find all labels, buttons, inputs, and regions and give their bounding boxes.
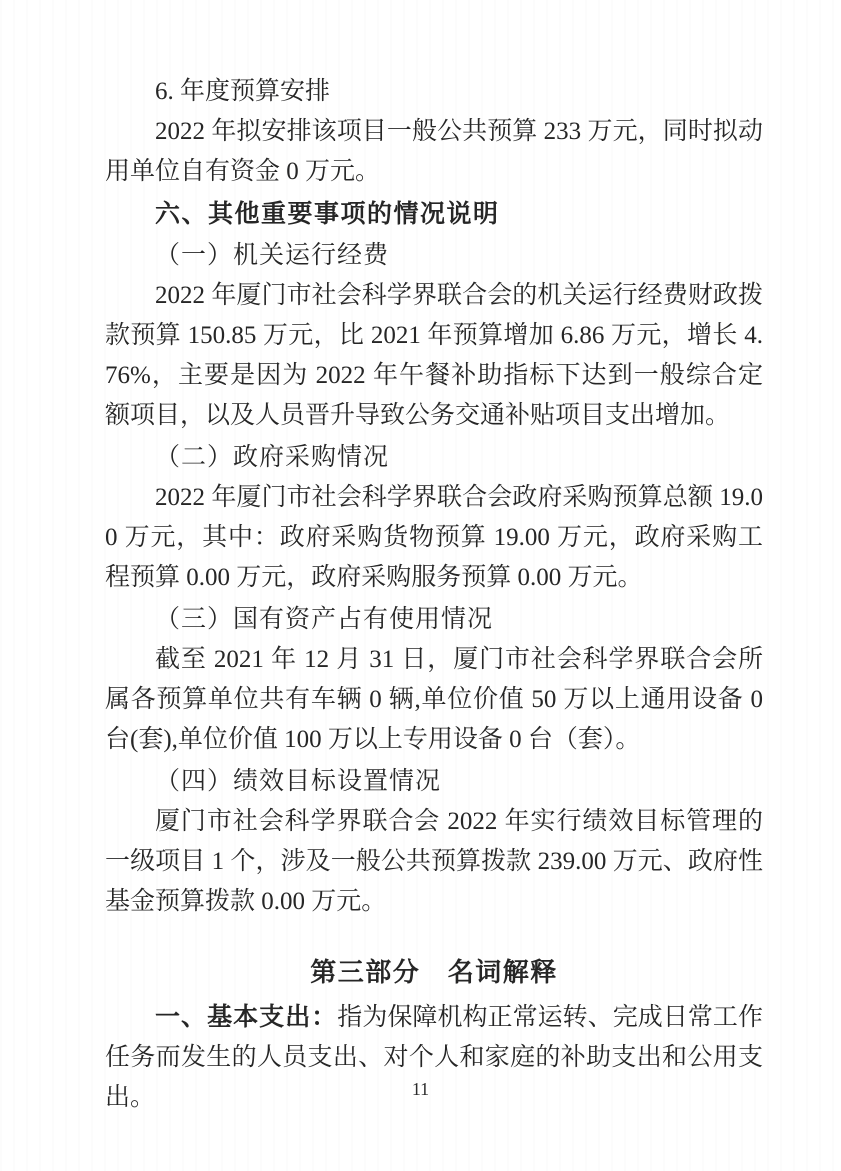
section-6-heading: 六、其他重要事项的情况说明 bbox=[105, 194, 763, 234]
document-body: 6. 年度预算安排2022 年拟安排该项目一般公共预算 233 万元，同时拟动用… bbox=[105, 72, 763, 1118]
item-6-subtitle: 6. 年度预算安排 bbox=[105, 72, 763, 112]
page-number: 11 bbox=[0, 1076, 841, 1102]
part-3-heading: 第三部分 名词解释 bbox=[105, 952, 763, 992]
state-assets-paragraph: 截至 2021 年 12 月 31 日，厦门市社会科学界联合会所属各预算单位共有… bbox=[105, 640, 763, 760]
agency-operating-expense-paragraph: 2022 年厦门市社会科学界联合会的机关运行经费财政拨款预算 150.85 万元… bbox=[105, 276, 763, 436]
subsection-4-heading: （四）绩效目标设置情况 bbox=[105, 762, 763, 802]
subsection-2-heading: （二）政府采购情况 bbox=[105, 438, 763, 478]
subsection-3-heading: （三）国有资产占有使用情况 bbox=[105, 600, 763, 640]
paragraph-bold-lead: 一、基本支出： bbox=[155, 1003, 337, 1031]
performance-target-paragraph: 厦门市社会科学界联合会 2022 年实行绩效目标管理的一级项目 1 个，涉及一般… bbox=[105, 802, 763, 922]
document-page: 6. 年度预算安排2022 年拟安排该项目一般公共预算 233 万元，同时拟动用… bbox=[0, 0, 841, 1171]
annual-budget-paragraph: 2022 年拟安排该项目一般公共预算 233 万元，同时拟动用单位自有资金 0 … bbox=[105, 112, 763, 192]
government-procurement-paragraph: 2022 年厦门市社会科学界联合会政府采购预算总额 19.00 万元，其中：政府… bbox=[105, 478, 763, 598]
subsection-1-heading: （一）机关运行经费 bbox=[105, 236, 763, 276]
